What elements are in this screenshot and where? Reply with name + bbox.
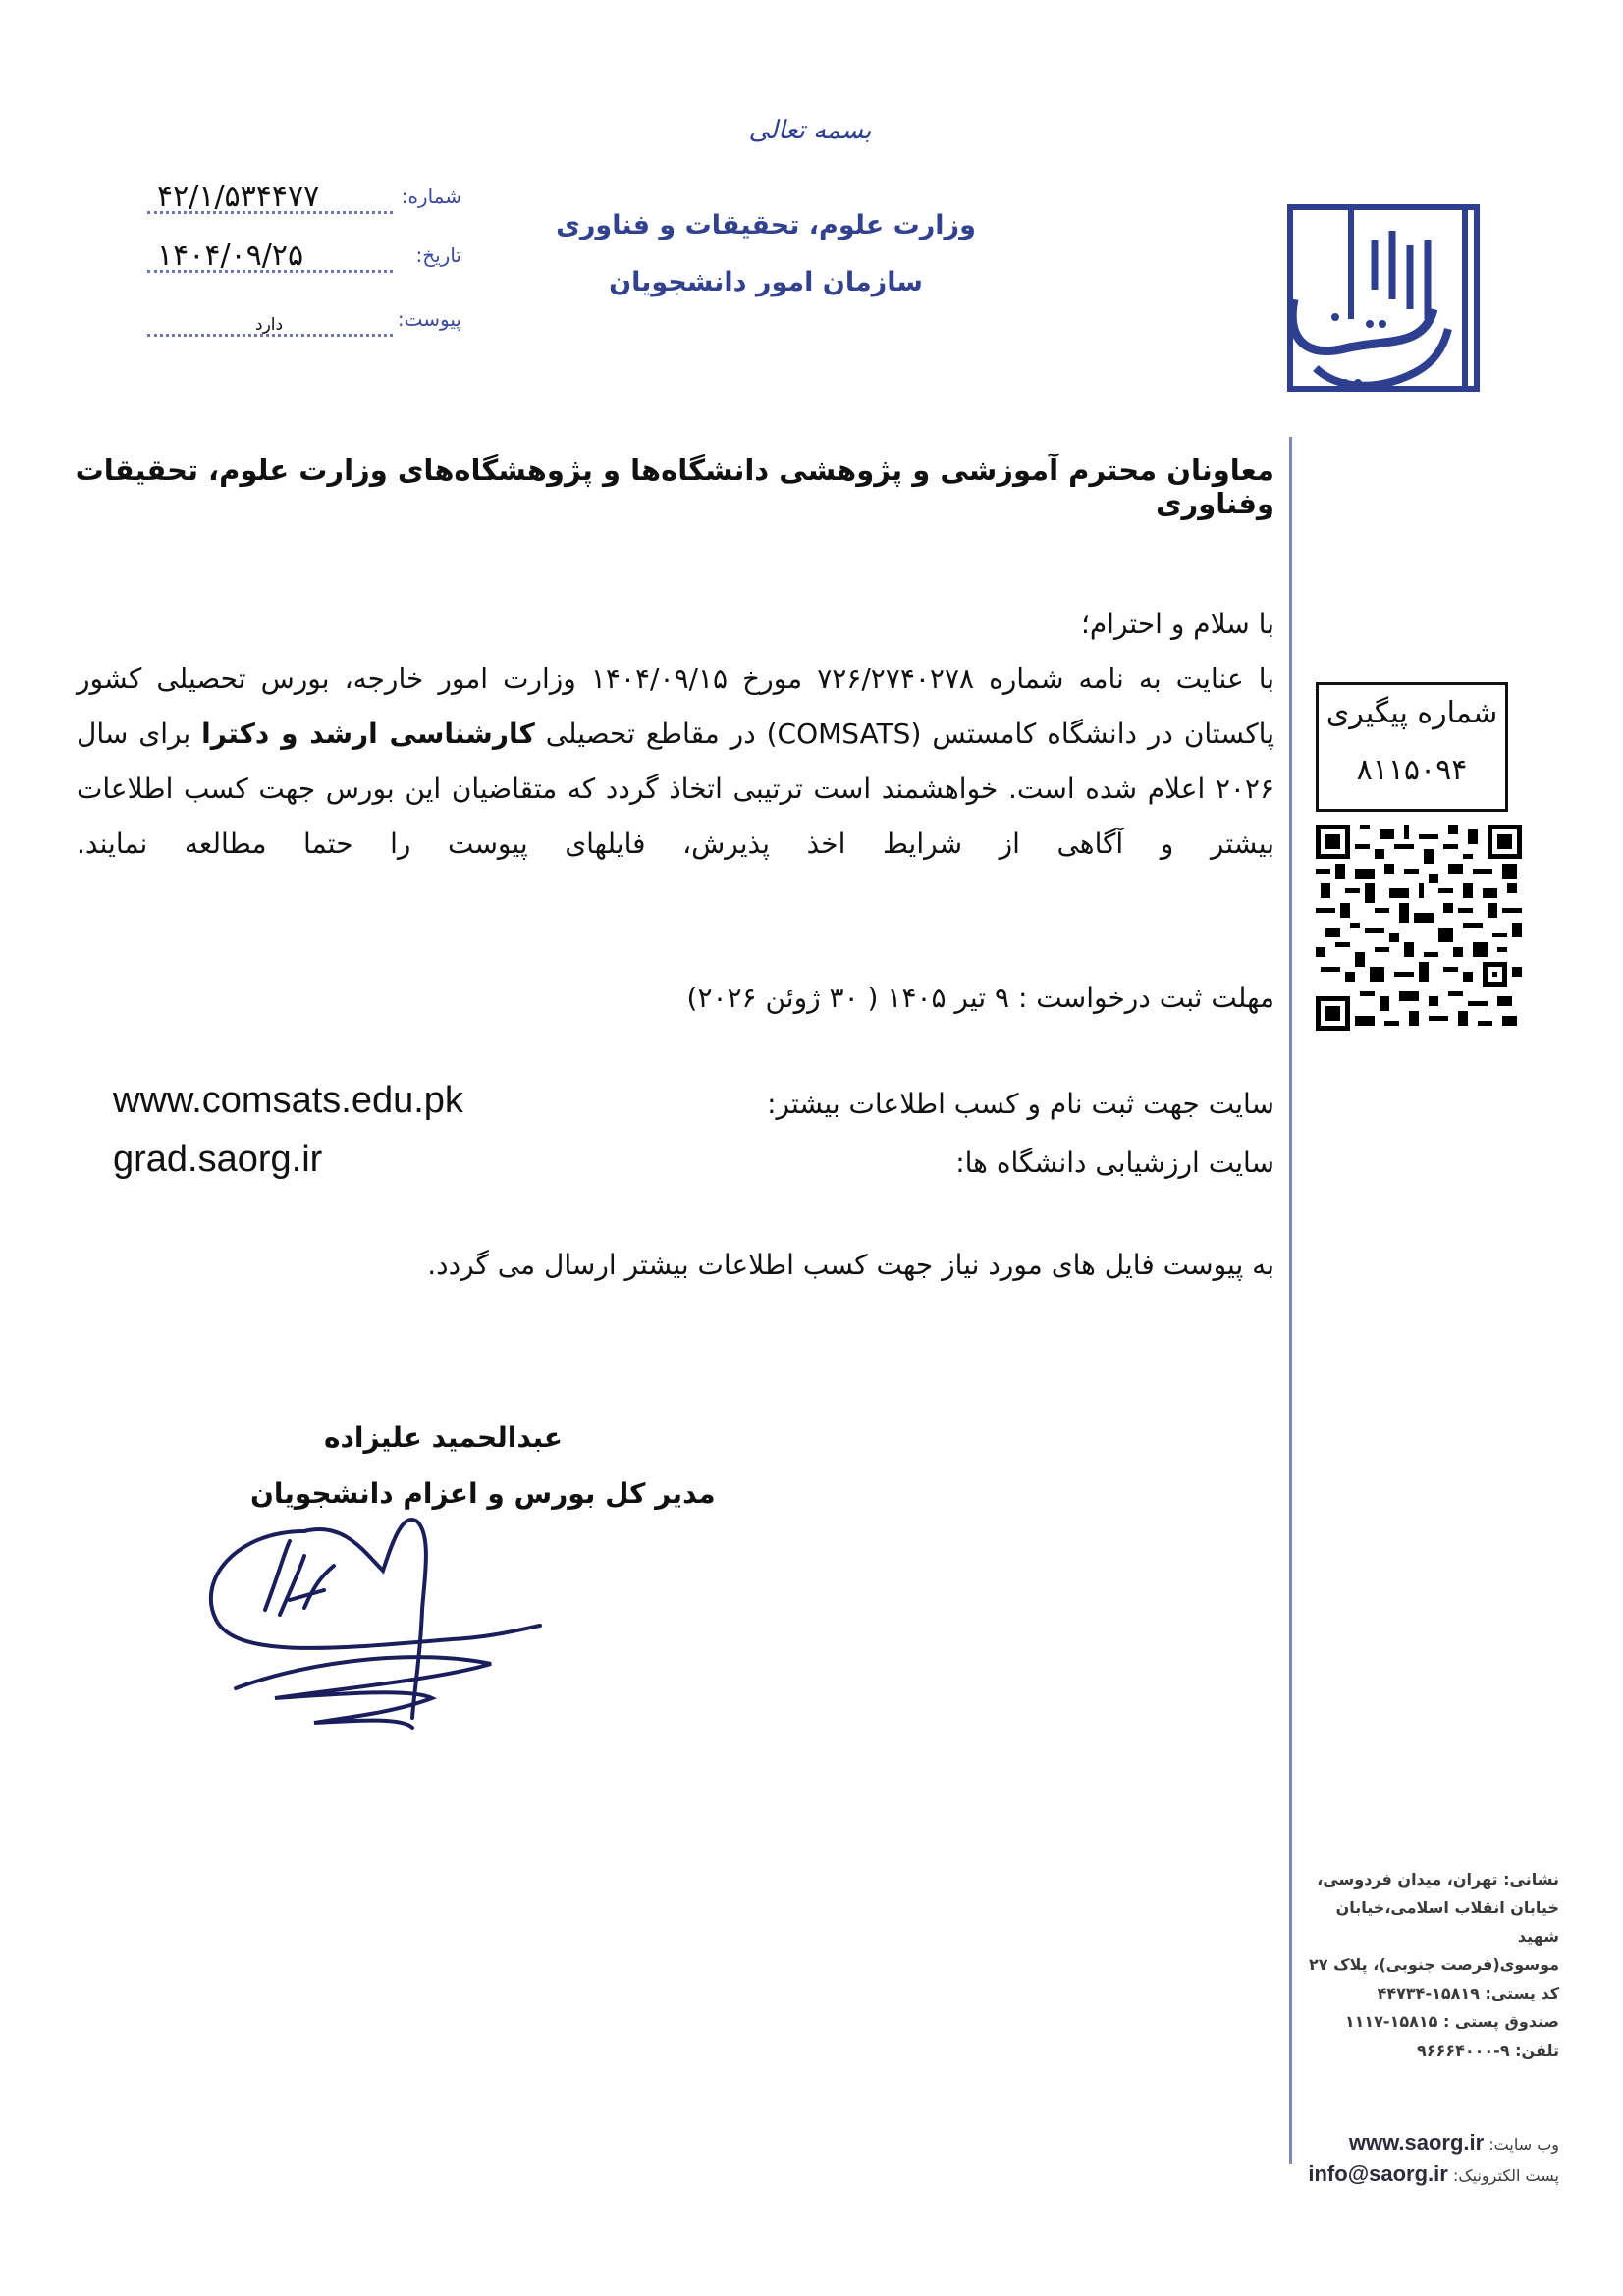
ministry-name: وزارت علوم، تحقیقات و فناوری (511, 210, 1021, 240)
website-label: وب سایت: (1488, 2135, 1559, 2154)
evaluation-site-link[interactable]: grad.saorg.ir (113, 1139, 322, 1181)
website-link[interactable]: www.saorg.ir (1349, 2130, 1484, 2155)
footer-email-row: پست الکترونیک: info@saorg.ir (1294, 2160, 1559, 2191)
signatory-name: عبدالحمید علیزاده (324, 1421, 563, 1454)
postal-code-line: کد پستی: ۱۵۸۱۹-۴۴۷۳۴ (1294, 1979, 1559, 2007)
letter-date-row: تاریخ: ۱۴۰۴/۰۹/۲۵ (147, 236, 461, 279)
footer-contact: وب سایت: www.saorg.ir پست الکترونیک: inf… (1294, 2128, 1559, 2191)
body-paragraph: با عنایت به نامه شماره ۷۲۶/۲۷۴۰۲۷۸ مورخ … (77, 652, 1274, 936)
degree-levels-bold: کارشناسی ارشد و دکترا (201, 718, 535, 750)
invocation-text: بسمه تعالی (746, 116, 874, 145)
letter-date-value: ۱۴۰۴/۰۹/۲۵ (157, 239, 303, 273)
phone-line: تلفن: ۹-۹۶۶۶۴۰۰۰ (1294, 2036, 1559, 2064)
letter-attachment-value: دارد (255, 315, 283, 335)
tracking-number-box: شماره پیگیری ۸۱۱۵۰۹۴ (1316, 682, 1508, 812)
letter-number-row: شماره: ۴۲/۱/۵۳۴۴۷۷ (147, 177, 461, 220)
organization-name: سازمان امور دانشجویان (511, 267, 1021, 297)
margin-divider (1289, 437, 1292, 2164)
footer-website-row: وب سایت: www.saorg.ir (1294, 2128, 1559, 2160)
letter-attachment-row: پیوست: دارد (147, 299, 461, 343)
registration-site-label: سایت جهت ثبت نام و کسب اطلاعات بیشتر: (767, 1088, 1274, 1120)
letter-attachment-label: پیوست: (398, 307, 461, 331)
po-box-line: صندوق پستی : ۱۵۸۱۵-۱۱۱۷ (1294, 2007, 1559, 2036)
signature-icon (196, 1492, 569, 1747)
logo-icon (1276, 201, 1483, 398)
letter-date-label: تاریخ: (415, 243, 461, 267)
letter-number-value: ۴۲/۱/۵۳۴۴۷۷ (157, 180, 319, 214)
registration-site-link[interactable]: www.comsats.edu.pk (113, 1080, 463, 1122)
tracking-number-value: ۸۱۱۵۰۹۴ (1319, 742, 1505, 799)
evaluation-site-label: سایت ارزشیابی دانشگاه ها: (955, 1147, 1274, 1179)
qr-code-icon (1316, 825, 1522, 1031)
email-label: پست الکترونیک: (1453, 2166, 1559, 2185)
greeting-text: با سلام و احترام؛ (77, 597, 1274, 652)
address-line: خیابان انقلاب اسلامی،خیابان شهید (1294, 1894, 1559, 1950)
address-line: موسوی(فرصت جنوبی)، پلاک ۲۷ (1294, 1950, 1559, 1979)
application-deadline: مهلت ثبت درخواست : ۹ تیر ۱۴۰۵ ( ۳۰ ژوئن … (687, 982, 1275, 1014)
tracking-number-label: شماره پیگیری (1319, 685, 1505, 742)
footer-address: نشانی: تهران، میدان فردوسی، خیابان انقلا… (1294, 1865, 1559, 2064)
recipient-heading: معاونان محترم آموزشی و پژوهشی دانشگاه‌ها… (47, 454, 1274, 520)
letter-number-label: شماره: (402, 185, 461, 208)
organization-logo (1276, 201, 1483, 398)
handwritten-signature (196, 1492, 569, 1747)
email-link[interactable]: info@saorg.ir (1308, 2162, 1447, 2186)
address-line: نشانی: تهران، میدان فردوسی، (1294, 1865, 1559, 1894)
attachment-note: به پیوست فایل های مورد نیاز جهت کسب اطلا… (427, 1249, 1274, 1281)
qr-code (1316, 825, 1522, 1031)
